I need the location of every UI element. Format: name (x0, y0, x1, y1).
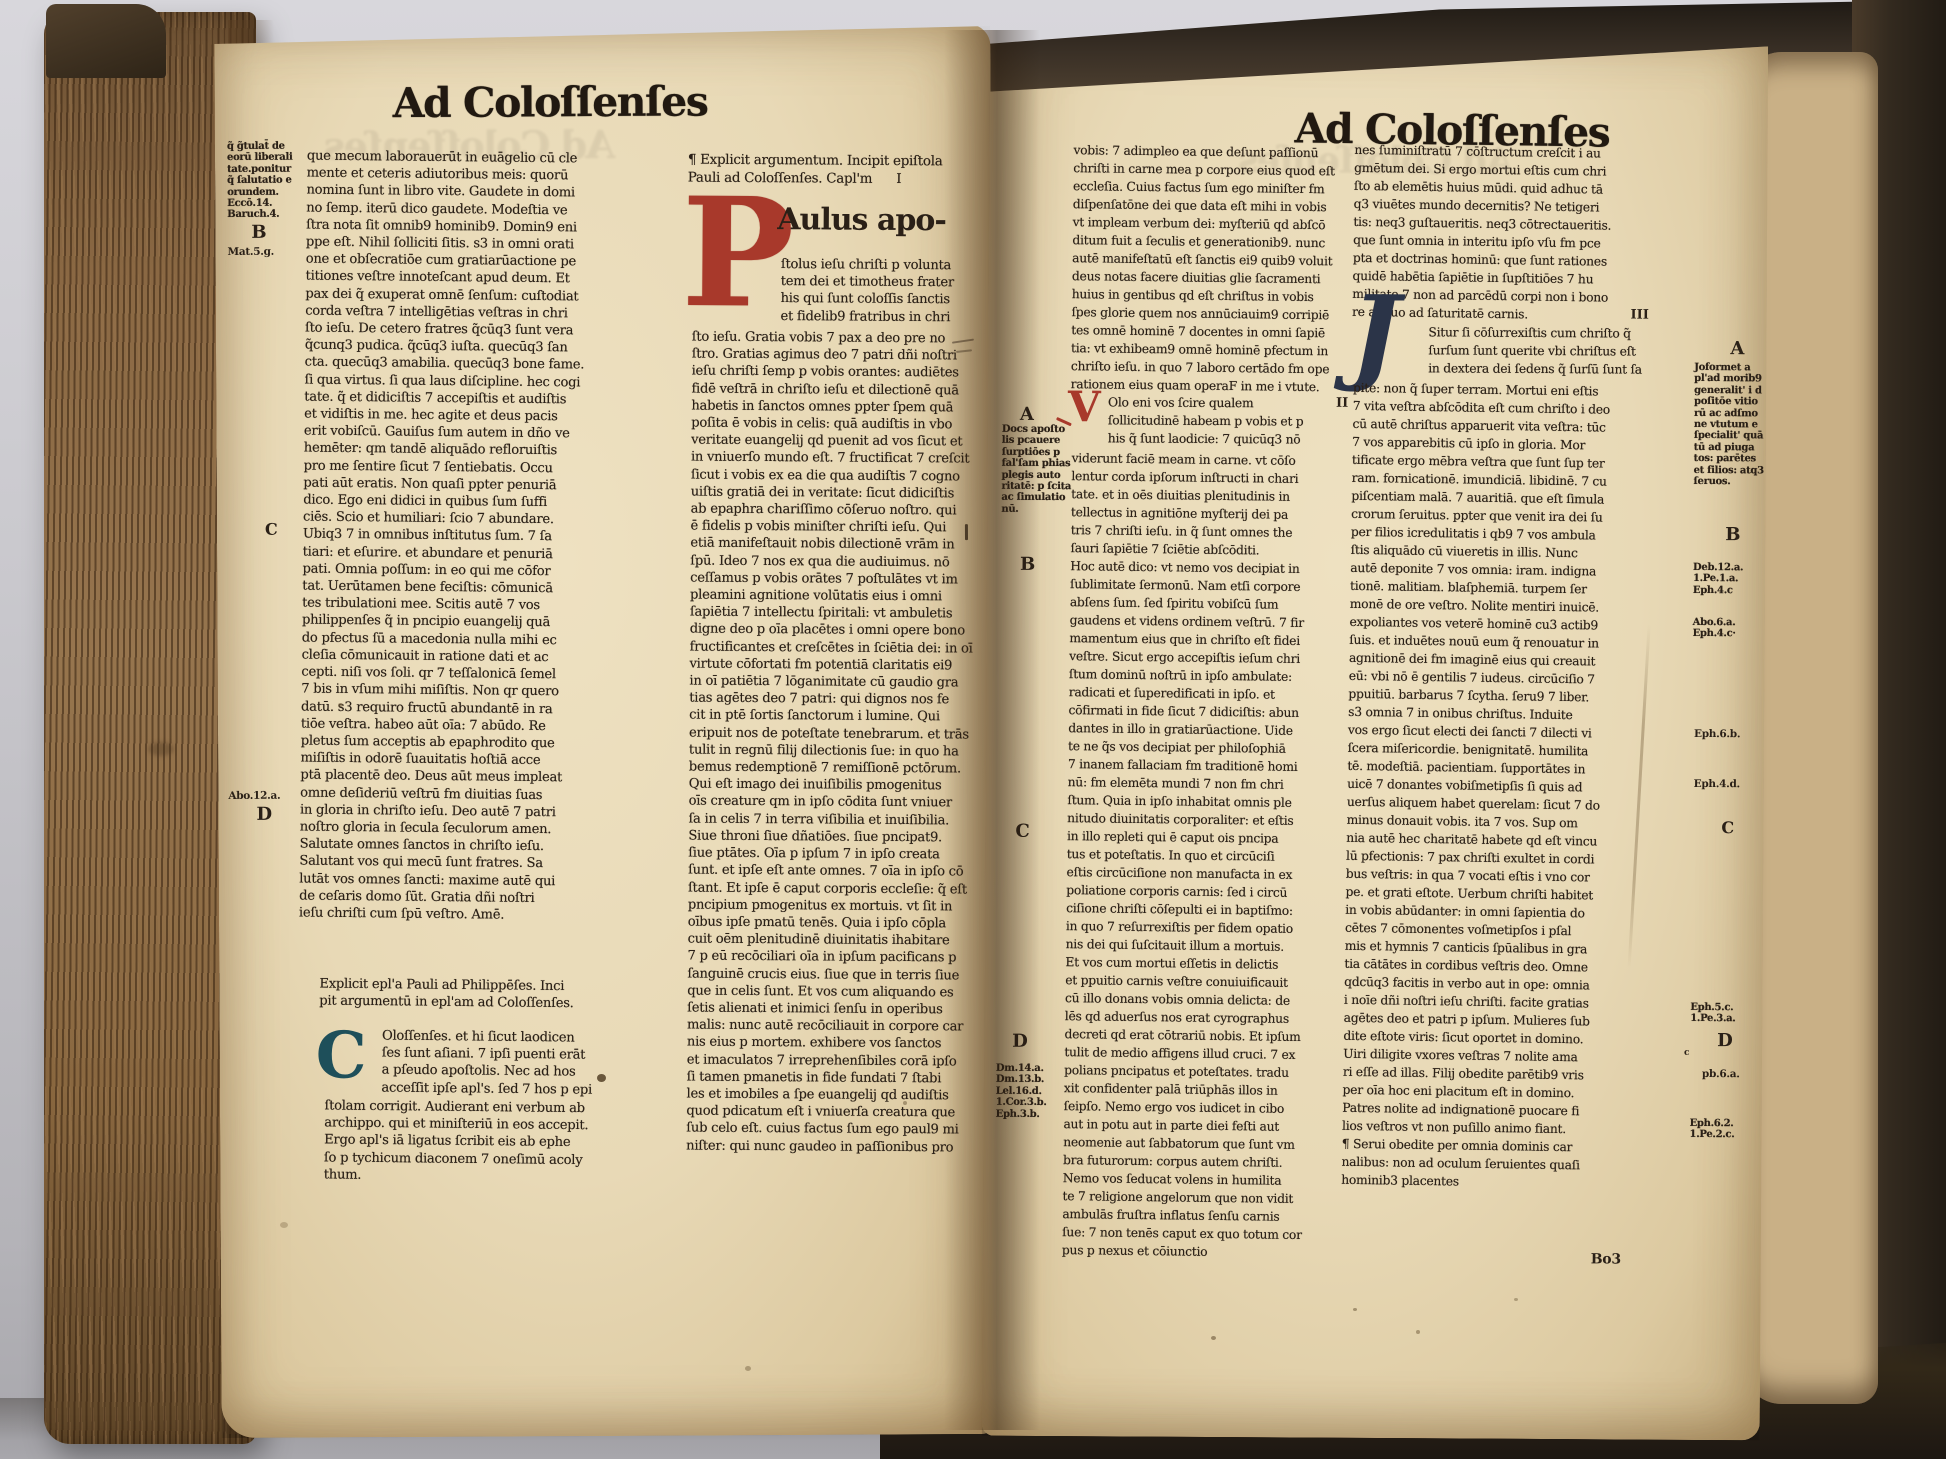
text-line: les et imobiles a ſpe euangelij qd audiſ… (686, 1085, 969, 1104)
text-line: ē fidelis p vobis miniſter chriſti ieſu.… (690, 518, 973, 537)
text-line: ptā placentē deo. Deus aūt meus impleat (300, 767, 580, 787)
fore-edge-refs-4: Eph.6.2.1.Pe.2.c. (1690, 1118, 1760, 1141)
text-line: et fidelib9 fratribus in chri (780, 308, 953, 326)
text-line: Situr ſi cōſurrexiſtis cum chriſto q̃ (1428, 323, 1642, 342)
text-line: ſiue ptātes. Oīa p ipſum 7 in ipſo creat… (688, 845, 971, 864)
text-line: Deb.12.a. (1693, 562, 1763, 574)
fore-edge-ref-pb: pb.6.a. (1702, 1068, 1740, 1080)
right-col2-text-b: pite: non q̃ ſuper terram. Mortui eni eſ… (1341, 379, 1610, 1193)
text-line: uiſtis gratiā dei in veritate: ſicut did… (691, 483, 974, 502)
text-line: que in celis ſunt. Et vos cum aliquando … (687, 982, 970, 1001)
text-line: nis eius p mortem. exhibere vos ſanctos (687, 1034, 970, 1053)
text-line: ſpecialit' quā (1694, 430, 1764, 442)
left-col1-argument: ſtolam corrigit. Audierant eni verbum ab… (324, 1097, 589, 1186)
left-col1-explicit: Explicit epl'a Pauli ad Philippēſes. Inc… (319, 976, 574, 1013)
fore-edge-refs-1: Deb.12.a.1.Pe.1.a.Eph.4.c (1693, 562, 1763, 597)
stain-speck (745, 1366, 751, 1371)
margin-letter-b: B (251, 222, 266, 243)
argument-drop-cap-c: C (315, 1027, 367, 1085)
stain-speck (338, 703, 343, 707)
stain-speck (1353, 1308, 1357, 1311)
text-line: thum. (324, 1166, 588, 1186)
text-line: ſetis alienati et inimici ſenſu in operi… (687, 999, 970, 1018)
left-col2-text: ſto ieſu. Gratia vobis 7 pax a deo pre n… (686, 329, 975, 1157)
drop-cap-v-red: V (1068, 388, 1101, 426)
margin-letter-d: D (256, 804, 272, 825)
text-line: Eccō.14. (227, 198, 313, 210)
text-line: a pſeudo apoſtolis. Nec ad hos (382, 1062, 593, 1081)
text-line: Eph.4.c (1693, 585, 1763, 597)
fore-edge-refs-3: Eph.5.c.1.Pe.3.a. (1690, 1002, 1760, 1025)
text-line: ſurſum ſunt querite vbi chriſtus eſt (1428, 341, 1642, 360)
margin-ref-mat: Mat.5.g. (227, 246, 274, 258)
text-line: Eph.6.2. (1690, 1118, 1760, 1130)
text-line: Qui eſt imago dei inuiſibilis pmogenitus (689, 776, 972, 795)
text-line: ſapiētia 7 intellectu ſpiritali: vt ambu… (690, 604, 973, 623)
text-line: cuit oēm plenitudinē diuinitatis ihabita… (688, 931, 971, 950)
fore-edge-ref-small-c: c (1684, 1048, 1689, 1058)
text-line: veritate euangelij qd puenit ad vos ſicu… (691, 432, 974, 451)
left-col1-argument-indent: Oloſſenſes. et hi ſicut laodicenſes ſunt… (381, 1028, 592, 1099)
parchment-crease (1628, 624, 1651, 969)
margin-ref-abo: Abo.12.a. (228, 790, 280, 802)
text-line: Joformet a (1694, 362, 1764, 374)
text-line: in dextera dei ſedens q̃ ſurſū ſunt ſa (1428, 359, 1642, 378)
text-line: acceſſit ipſe apl's. ſed 7 hos p epi (381, 1079, 592, 1098)
stain-speck (1416, 1330, 1420, 1334)
text-line: et filios: atq3 (1694, 465, 1764, 477)
text-line: ieſu chriſti cum ſpū veſtro. Amē. (299, 904, 579, 924)
text-line: in oī patiētia 7 lōganimitate cū gaudio … (689, 673, 972, 692)
right-col1-text-a: vobis: 7 adimpleo ea que deſunt paſſionū… (1071, 141, 1336, 396)
text-line: Olo eni vos ſcire qualem (1108, 393, 1304, 412)
text-line: eorū liberali (227, 152, 313, 164)
text-line: et imaculatos 7 irreprehenſibiles corā i… (687, 1051, 970, 1070)
text-line: tate.ponitur (227, 163, 313, 175)
text-line: eripuit nos de poteſtate tenebrarum. et … (689, 724, 972, 743)
text-line: etiā manifeſtauit nobis dilectionē vrām … (690, 535, 973, 554)
text-line: ſtant. Et ipſe ē caput corporis eccleſie… (688, 879, 971, 898)
quire-signature: Bo3 (1591, 1251, 1621, 1267)
text-line: Baruch.4. (227, 209, 313, 221)
text-line: tulit in regnū filij dilectionis ſue: in… (689, 741, 972, 760)
text-line: Abo.6.a. (1693, 617, 1763, 629)
text-line: quod pdicatum eſt i vniuerſa creatura qu… (686, 1103, 969, 1122)
text-line: tū ad piuga (1694, 442, 1764, 454)
text-line: 7 bis in vſum mihi miſiſtis. Non qr quer… (301, 681, 581, 701)
text-line: his q̃ ſunt laodicie: 7 quicūq3 nō (1108, 429, 1304, 448)
text-line: orundem. (227, 186, 313, 198)
fore-edge-ref-eph4d: Eph.4.d. (1694, 778, 1740, 790)
chapter-numeral-ii: II (1336, 396, 1348, 411)
fore-edge-letter-d: D (1717, 1030, 1733, 1051)
stain-speck (597, 1074, 606, 1082)
text-line: niſter: qui nunc gaudeo in paſſionibus p… (686, 1137, 969, 1156)
text-line: poſita ē vobis in celis: quā audiſtis in… (691, 415, 974, 434)
text-line: cit in ptē ſortis ſanctorum i lumine. Qu… (689, 707, 972, 726)
running-head-left: Ad Coloſſenſes (393, 77, 708, 127)
text-line: Eph.4.c· (1693, 628, 1763, 640)
text-line: pl'ad morib9 (1694, 373, 1764, 385)
right-page: Ad Coloſſenſes Ad Coloſſenſes A Docs apo… (982, 28, 1769, 1441)
text-line: habetis in ſanctos omnes ppter ſpem quā (691, 397, 974, 416)
text-line: Eph.5.c. (1690, 1002, 1760, 1014)
leather-cover-corner-top-left (46, 4, 166, 78)
text-line: 1.Pe.3.a. (1690, 1013, 1760, 1025)
text-line: ſtolus ieſu chriſti p volunta (781, 256, 954, 274)
stain-smudge (148, 742, 174, 756)
photo-open-incunable: Ad Coloſſenſes Ad Coloſſenſes q̃ g̃tulat… (0, 0, 1946, 1459)
text-line: ſi tamen pmanetis in fide fundati 7 ſtab… (687, 1068, 970, 1087)
right-col1-text-b: viderunt faciē meam in carne. vt cōſolen… (1062, 449, 1311, 1262)
text-line: 7 p eū recōciliari oīa in ipſum pacifica… (687, 948, 970, 967)
text-line: ne vtutum e (1694, 419, 1764, 431)
text-line: ſpū. Ideo 7 nos ex qua die audiuimus. nō (690, 552, 973, 571)
text-line: Ergo apl's iā ligatus ſcribit eis ab eph… (324, 1132, 588, 1152)
margin-letter-c: C (265, 520, 278, 539)
text-line: ſub celo eſt. cuius factus ſum ego paul9… (686, 1120, 969, 1139)
stain-speck (1211, 1336, 1216, 1340)
drop-cap-i-flourish: J (1350, 292, 1400, 375)
text-line: q̃ g̃tulat̄ de (227, 141, 313, 153)
text-line: pit argumentū in epl'am ad Coloſſenſes. (319, 993, 574, 1013)
text-line: tias agētes deo 7 patri: qui dignos nos … (689, 690, 972, 709)
text-line: digne deo p oīa placētes i omni opere bo… (690, 621, 973, 640)
stain-speck (903, 1101, 907, 1105)
text-line: ſo p tychicum diaconem 7 oneſimū acoly (324, 1149, 588, 1169)
text-line: ſeruos. (1694, 476, 1764, 488)
opening-word-paulus: Aulus apo- (777, 202, 946, 238)
right-col2-indent-lines: Situr ſi cōſurrexiſtis cum chriſto q̃ſur… (1428, 323, 1642, 378)
text-line: ſunt. et ipſe eſt ante omnes. 7 oīa in i… (688, 862, 971, 881)
text-line: 1.Pe.2.c. (1690, 1129, 1760, 1141)
text-line: Siue throni ſiue dñatiōes. ſiue pncipat9… (688, 827, 971, 846)
text-line: 1.Pe.1.a. (1693, 573, 1763, 585)
text-line: in vniuerſo mundo eſt. 7 fructificat 7 c… (691, 449, 974, 468)
text-line: malis: nunc autē recōciliauit in corpore… (687, 1017, 970, 1036)
left-page: Ad Coloſſenſes Ad Coloſſenſes q̃ g̃tulat… (214, 24, 997, 1438)
text-line: oībus ipſe pmatū tenēs. Quia i ipſo cōpl… (688, 913, 971, 932)
fore-edge-letter-b: B (1725, 524, 1740, 545)
text-line: ſicut i vobis ex ea die qua audiſtis 7 c… (691, 466, 974, 485)
text-line: ſes ſunt aſiani. 7 ipſi puenti erāt (382, 1045, 593, 1064)
fore-edge-letter-a: A (1730, 338, 1744, 359)
text-line: ſa in celis 7 in terra viſibilia et inui… (688, 810, 971, 829)
text-line: ſollicitudinē habeam p vobis et p (1108, 411, 1304, 430)
left-col2-indent-lines: ſtolus ieſu chriſti p voluntatem dei et … (780, 256, 954, 326)
text-line: ceſſamus p vobis orātes 7 poſtulātes vt … (690, 569, 973, 588)
text-line: Oloſſenſes. et hi ſicut laodicen (382, 1028, 593, 1047)
stain-speck (280, 1222, 288, 1228)
fore-edge-gloss: Joformet apl'ad morib9generalit' i dpoſi… (1694, 362, 1765, 488)
text-line: tos: parētes (1694, 453, 1764, 465)
fore-edge-letter-c: C (1721, 818, 1734, 837)
text-line: virtute cōfortati fm potentiā claritatis… (689, 655, 972, 674)
text-line: ſto ieſu. Gratia vobis 7 pax a deo pre n… (692, 329, 975, 348)
text-line: pncipium pmogenitus ex mortuis. vt ſit i… (688, 896, 971, 915)
text-line: fidē veſtrā in chriſto ieſu et dilection… (691, 380, 974, 399)
text-line: tem dei et timotheus frater (781, 273, 954, 291)
left-col1-text: que mecum laborauerūt in euāgelio cū cle… (299, 148, 587, 925)
text-line: ſtro. Gratias agimus deo 7 patri dñi noſ… (692, 346, 975, 365)
chapter-numeral-iii: III (1631, 308, 1649, 323)
text-line: pus p nexus et cōiunctio (1062, 1241, 1302, 1262)
text-line: poſitōe vitio (1694, 396, 1764, 408)
margin-gloss-left: q̃ g̃tulat̄ deeorū liberalitate.poniturq… (227, 141, 313, 221)
gutter-fold-shadow (944, 30, 1040, 1430)
text-line: bemus redemptionē 7 remiſſionē pctōrum. (689, 759, 972, 778)
text-line: oīs creature qm in ipſo cōdita ſunt vniu… (689, 793, 972, 812)
text-line: pleamini agnitione volūtatis eius i omni (690, 587, 973, 606)
text-line: his qui ſunt coloſſis ſanctis (781, 290, 954, 308)
text-line: fructificantes et creſcētes in ſciētia d… (690, 638, 973, 657)
text-line: ieſu chriſti ſemp p vobis orantes: audiē… (692, 363, 975, 382)
text-line: ſanguinē crucis eius. ſiue que in terris… (687, 965, 970, 984)
fore-edge-ref-eph6b: Eph.6.b. (1694, 728, 1740, 740)
text-line: q̃ ſalutatio e (227, 175, 313, 187)
stain-speck (1514, 1298, 1518, 1301)
text-line: rū ac adſmo (1694, 408, 1764, 420)
fore-edge-refs-2: Abo.6.a.Eph.4.c· (1693, 617, 1763, 640)
text-line: ab epaphra chariſſimo cōſeruo noſtro. qu… (691, 501, 974, 520)
right-col1-chapter-indent: Olo eni vos ſcire qualemſollicitudinē ha… (1108, 393, 1304, 448)
text-line: generalit' i d (1694, 385, 1764, 397)
